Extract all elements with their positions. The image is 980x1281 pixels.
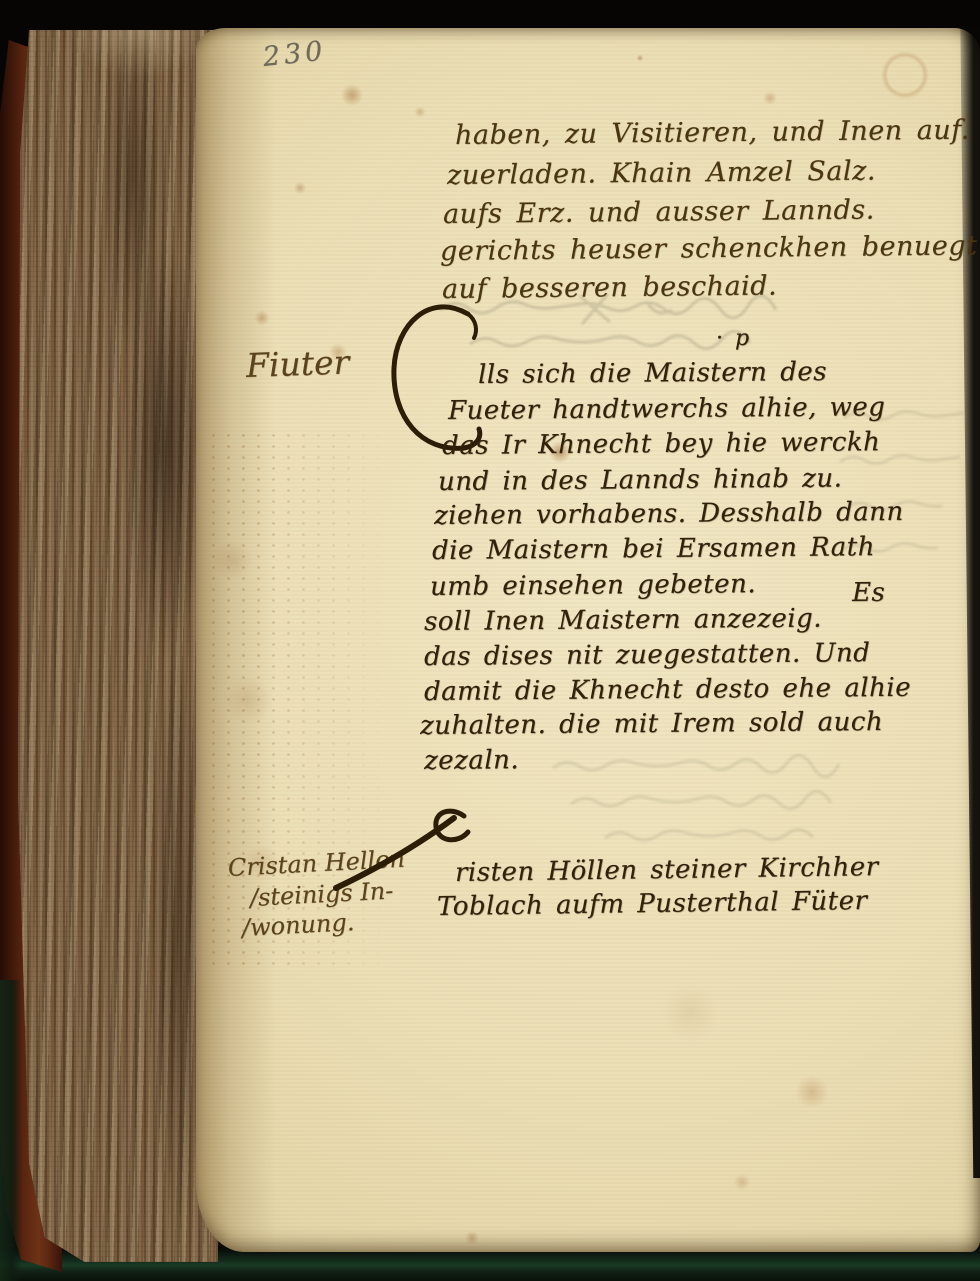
- manuscript-photo: 230 haben, zu Visitieren, und Inen auf. …: [0, 0, 980, 1281]
- green-mat-left: [0, 980, 22, 1281]
- bottom-initial-letter: C: [0, 0, 1, 1]
- manuscript-page: [196, 28, 980, 1252]
- main-initial-letter: A: [0, 0, 1, 1]
